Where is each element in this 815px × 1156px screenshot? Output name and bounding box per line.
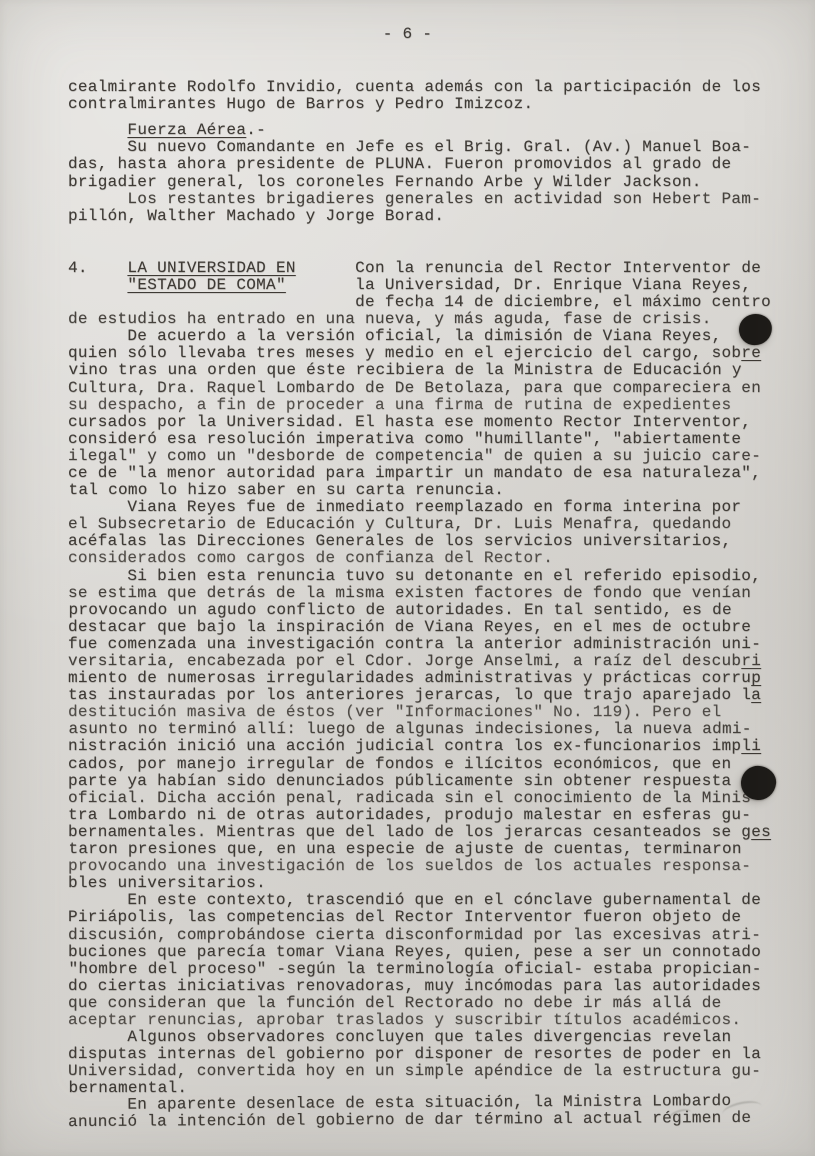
text-line: pillón, Walther Machado y Jorge Borad. (68, 208, 815, 225)
text-run: Si bien esta renuncia tuvo su detonante … (68, 567, 761, 585)
underlined-text: a (751, 686, 761, 704)
text-line: provocando un agudo conflicto de autorid… (69, 602, 815, 619)
text-line: discusión, comprobándose cierta disconfo… (68, 927, 815, 944)
text-run: quien sólo llevaba tres meses y medio en… (68, 344, 741, 362)
text-line: bles universitarios. (68, 875, 815, 892)
text-line: 4. LA UNIVERSIDAD EN Con la renuncia del… (68, 260, 815, 277)
text-line: bernamentales. Mientras que del lado de … (68, 824, 815, 841)
paragraph-continuation: cealmirante Rodolfo Invidio, cuenta adem… (68, 79, 815, 113)
underlined-text: "ESTADO DE COMA" (127, 276, 285, 294)
document-body: cealmirante Rodolfo Invidio, cuenta adem… (68, 79, 815, 1132)
underlined-text: p (751, 669, 761, 687)
text-line: de fecha 14 de diciembre, el máximo cent… (68, 294, 815, 311)
underlined-text: LA UNIVERSIDAD EN (127, 259, 295, 277)
page-number: - 6 - (0, 0, 815, 43)
document-page: - 6 - cealmirante Rodolfo Invidio, cuent… (0, 0, 815, 1156)
text-run: das, hasta ahora presidente de PLUNA. Fu… (68, 155, 731, 173)
text-run: el Subsecretario de Educación y Cultura,… (68, 515, 731, 533)
text-run: considerados como cargos de confianza de… (68, 549, 553, 567)
text-run (68, 276, 127, 294)
text-run: bles universitarios. (68, 874, 266, 892)
text-run: de estudios ha entrado en una nueva, y m… (68, 310, 712, 328)
text-run: ilegal" y como un "desborde de competenc… (68, 447, 761, 465)
text-line: fue comenzada una investigación contra l… (68, 636, 815, 653)
text-run: acéfalas las Direcciones Generales de lo… (68, 532, 731, 550)
text-run: taron presiones que, en una especie de a… (69, 840, 742, 858)
text-run: parte ya habían sido denunciados pública… (68, 772, 731, 790)
text-run (68, 121, 127, 139)
text-line: taron presiones que, en una especie de a… (69, 841, 815, 858)
text-run: disputas internas del gobierno por dispo… (68, 1045, 761, 1063)
text-line: cealmirante Rodolfo Invidio, cuenta adem… (68, 79, 815, 96)
text-run: Viana Reyes fue de inmediato reemplazado… (68, 498, 741, 516)
text-line: consideró esa resolución imperativa como… (68, 431, 815, 448)
text-line: ce de "la menor autoridad para impartir … (68, 465, 815, 482)
text-run: 4. (68, 259, 127, 277)
text-line: aceptar renuncias, aprobar traslados y s… (68, 1012, 815, 1029)
text-run: buciones que parecía tomar Viana Reyes, … (68, 943, 761, 961)
text-line: Su nuevo Comandante en Jefe es el Brig. … (68, 139, 815, 156)
text-line: Piriápolis, las competencias del Rector … (68, 909, 815, 926)
text-line: buciones que parecía tomar Viana Reyes, … (68, 944, 815, 961)
text-run: consideró esa resolución imperativa como… (68, 430, 741, 448)
text-line: de estudios ha entrado en una nueva, y m… (68, 311, 815, 328)
text-run: En este contexto, trascendió que en el c… (68, 891, 761, 909)
text-line: asunto no terminó allí: luego de algunas… (69, 721, 815, 738)
text-line: tra Lombardo ni de otras autoridades, pr… (68, 807, 815, 824)
text-line: disputas internas del gobierno por dispo… (68, 1046, 815, 1063)
text-line: tal como lo hizo saber en su carta renun… (69, 482, 815, 499)
text-line: De acuerdo a la versión oficial, la dimi… (68, 328, 815, 345)
text-line: tas instauradas por los anteriores jerar… (68, 687, 815, 704)
text-line: destacar que bajo la inspiración de Vian… (68, 619, 815, 636)
text-run: provocando una investigación de los suel… (68, 857, 751, 875)
text-run: anunció la intención del gobierno de dar… (68, 1109, 751, 1131)
text-run: fue comenzada una investigación contra l… (68, 635, 761, 653)
text-line: cursados por la Universidad. El hasta es… (68, 414, 815, 431)
text-run: su despacho, a fin de proceder a una fir… (68, 396, 731, 414)
text-run: tas instauradas por los anteriores jerar… (68, 686, 751, 704)
text-run: De acuerdo a la versión oficial, la dimi… (68, 327, 722, 345)
text-line: "hombre del proceso" -según la terminolo… (69, 961, 815, 978)
text-run: do ciertas iniciativas renovadoras, muy … (68, 977, 761, 995)
underlined-text: ri (741, 652, 761, 670)
text-run: provocando un agudo conflicto de autorid… (69, 601, 732, 619)
text-line: das, hasta ahora presidente de PLUNA. Fu… (68, 156, 815, 173)
text-line: cados, por manejo irregular de fondos e … (68, 756, 815, 773)
text-line: Los restantes brigadieres generales en a… (68, 191, 815, 208)
text-line: brigadier general, los coroneles Fernand… (68, 174, 815, 191)
text-line: considerados como cargos de confianza de… (68, 550, 815, 567)
text-run: contralmirantes Hugo de Barros y Pedro I… (68, 95, 533, 113)
text-line: En este contexto, trascendió que en el c… (68, 892, 815, 909)
text-line: "ESTADO DE COMA" la Universidad, Dr. Enr… (68, 277, 815, 294)
text-run: Los restantes brigadieres generales en a… (68, 190, 761, 208)
text-line: parte ya habían sido denunciados pública… (68, 773, 815, 790)
text-run: Piriápolis, las competencias del Rector … (68, 908, 741, 926)
text-line: destitución masiva de éstos (ver "Inform… (68, 704, 815, 721)
text-line: Universidad, convertida hoy en un simple… (68, 1063, 815, 1080)
text-line: su despacho, a fin de proceder a una fir… (68, 397, 815, 414)
text-run: .- (246, 121, 266, 139)
text-run: bernamentales. Mientras que del lado de … (68, 823, 751, 841)
text-run: Universidad, convertida hoy en un simple… (68, 1062, 761, 1080)
text-line: anunció la intención del gobierno de dar… (68, 1110, 815, 1132)
text-run: destitución masiva de éstos (ver "Inform… (68, 703, 722, 721)
underlined-text: re (741, 344, 761, 362)
underlined-text: Fuerza Aérea (127, 121, 246, 139)
text-line: vino tras una orden que éste recibiera d… (69, 362, 815, 379)
text-run: asunto no terminó allí: luego de algunas… (69, 720, 752, 738)
heading-fuerza-aerea: Fuerza Aérea.- (68, 122, 815, 139)
text-run: aceptar renuncias, aprobar traslados y s… (68, 1011, 741, 1029)
text-run: Cultura, Dra. Raquel Lombardo de De Beto… (68, 379, 761, 397)
paragraph-fuerza-aerea: Su nuevo Comandante en Jefe es el Brig. … (68, 139, 815, 224)
text-line: miento de numerosas irregularidades admi… (68, 670, 815, 687)
text-run: Su nuevo Comandante en Jefe es el Brig. … (68, 138, 751, 156)
text-run: ce de "la menor autoridad para impartir … (68, 464, 761, 482)
section-4-universidad: 4. LA UNIVERSIDAD EN Con la renuncia del… (68, 260, 815, 1098)
text-run: Con la renuncia del Rector Interventor d… (296, 259, 761, 277)
text-run: se estima que detrás de la misma existen… (68, 584, 751, 602)
text-run: discusión, comprobándose cierta disconfo… (68, 926, 761, 944)
text-run: cealmirante Rodolfo Invidio, cuenta adem… (68, 78, 761, 96)
text-line: Fuerza Aérea.- (68, 122, 815, 139)
text-line: contralmirantes Hugo de Barros y Pedro I… (68, 96, 815, 113)
text-run: pillón, Walther Machado y Jorge Borad. (68, 207, 444, 225)
text-run: tal como lo hizo saber en su carta renun… (69, 481, 505, 499)
text-run: brigadier general, los coroneles Fernand… (68, 173, 702, 191)
text-line: versitaria, encabezada por el Cdor. Jorg… (68, 653, 815, 670)
text-line: do ciertas iniciativas renovadoras, muy … (68, 978, 815, 995)
text-line: Viana Reyes fue de inmediato reemplazado… (68, 499, 815, 516)
text-line: Cultura, Dra. Raquel Lombardo de De Beto… (68, 380, 815, 397)
text-line: ilegal" y como un "desborde de competenc… (68, 448, 815, 465)
text-run: tra Lombardo ni de otras autoridades, pr… (68, 806, 751, 824)
text-run: que consideran que la función del Rector… (68, 994, 722, 1012)
text-line: que consideran que la función del Rector… (68, 995, 815, 1012)
text-line: acéfalas las Direcciones Generales de lo… (68, 533, 815, 550)
text-run: Algunos observadores concluyen que tales… (68, 1028, 731, 1046)
text-run: nistración inició una acción judicial co… (68, 737, 741, 755)
text-run: oficial. Dicha acción penal, radicada si… (68, 789, 751, 807)
text-line: oficial. Dicha acción penal, radicada si… (68, 790, 815, 807)
underlined-text: es (751, 823, 771, 841)
paragraph-final: En aparente desenlace de esta situación,… (68, 1093, 815, 1132)
text-run: vino tras una orden que éste recibiera d… (69, 361, 742, 379)
text-line: Algunos observadores concluyen que tales… (68, 1029, 815, 1046)
text-line: provocando una investigación de los suel… (68, 858, 815, 875)
text-line: nistración inició una acción judicial co… (68, 738, 815, 755)
text-line: quien sólo llevaba tres meses y medio en… (68, 345, 815, 362)
text-run: cursados por la Universidad. El hasta es… (68, 413, 751, 431)
text-run: versitaria, encabezada por el Cdor. Jorg… (68, 652, 741, 670)
text-run: "hombre del proceso" -según la terminolo… (69, 960, 762, 978)
text-run: destacar que bajo la inspiración de Vian… (68, 618, 751, 636)
text-line: se estima que detrás de la misma existen… (68, 585, 815, 602)
text-run: la Universidad, Dr. Enrique Viana Reyes, (286, 276, 751, 294)
text-line: Si bien esta renuncia tuvo su detonante … (68, 568, 815, 585)
underlined-text: li (741, 737, 761, 755)
text-run: de fecha 14 de diciembre, el máximo cent… (68, 293, 771, 311)
text-run: miento de numerosas irregularidades admi… (68, 669, 751, 687)
text-line: el Subsecretario de Educación y Cultura,… (68, 516, 815, 533)
text-run: cados, por manejo irregular de fondos e … (68, 755, 731, 773)
